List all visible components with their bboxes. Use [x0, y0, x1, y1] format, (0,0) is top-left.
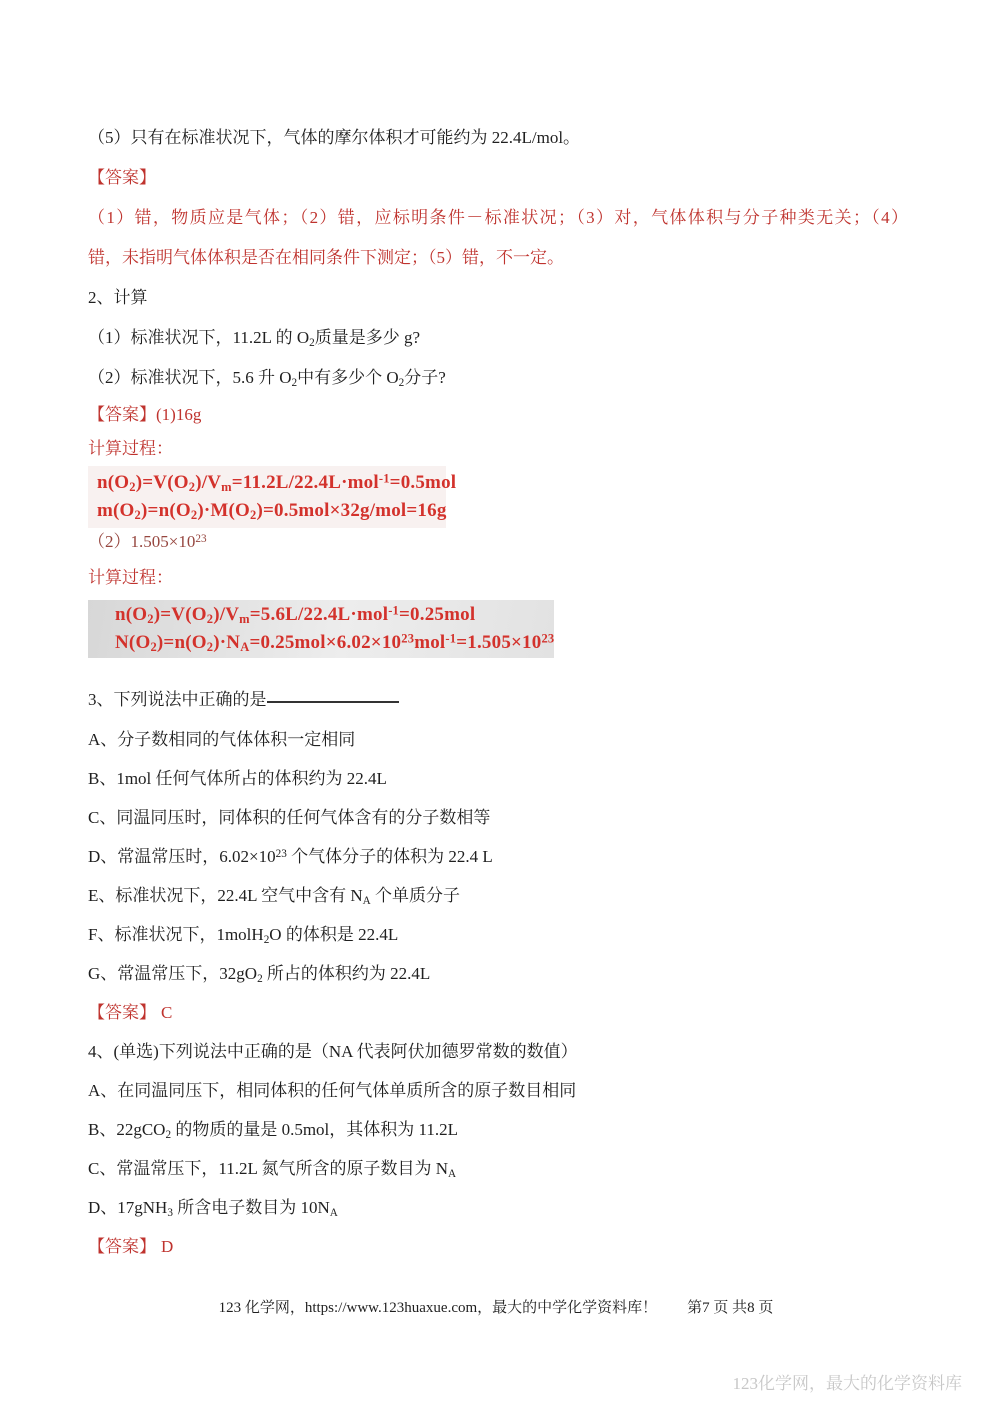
- q2-item1-text: （1）标准状况下，11.2L 的 O2质量是多少 g?: [88, 318, 908, 358]
- q1-answer-line2: 错，未指明气体体积是否在相同条件下测定；（5）错，不一定。: [88, 238, 908, 278]
- q3-answer-label: 【答案】: [88, 1003, 156, 1022]
- q3-option-g: G、常温常压下，32gO2 所占的体积约为 22.4L: [88, 954, 908, 993]
- q4-option-c: C、常温常压下，11.2L 氮气所含的原子数目为 NA: [88, 1149, 908, 1188]
- q4-option-a: A、在同温同压下，相同体积的任何气体单质所含的原子数目相同: [88, 1071, 908, 1110]
- q3-option-e: E、标准状况下，22.4L 空气中含有 NA 个单质分子: [88, 876, 908, 915]
- document-page: （5）只有在标准状况下，气体的摩尔体积才可能约为 22.4L/mol。 【答案】…: [0, 0, 992, 1403]
- q1-item5-text: （5）只有在标准状况下，气体的摩尔体积才可能约为 22.4L/mol。: [88, 118, 908, 158]
- q1-answer-line1: （1）错，物质应是气体；（2）错，应标明条件－标准状况；（3）对，气体体积与分子…: [88, 198, 908, 238]
- q2-answer-label: 【答案】: [88, 405, 156, 424]
- q4-answer-value: D: [161, 1237, 173, 1256]
- formula-m-o2: m(O2)=n(O2)·M(O2)=0.5mol×32g/mol=16g: [97, 497, 446, 525]
- page-footer: 123 化学网，https://www.123huaxue.com，最大的中学化…: [0, 1294, 992, 1322]
- q2-answer-1-value: (1)16g: [156, 405, 201, 424]
- q2-title: 2、计算: [88, 278, 908, 318]
- q2-formula-image-1: n(O2)=V(O2)/Vm=11.2L/22.4L·mol-1=0.5mol …: [88, 466, 446, 528]
- q2-answer-2-value: （2）1.505×1023: [88, 528, 908, 556]
- q2-process-label-1: 计算过程：: [88, 432, 908, 466]
- q3-answer-blank: [267, 701, 399, 703]
- q3-option-d: D、常温常压时，6.02×1023 个气体分子的体积为 22.4 L: [88, 837, 908, 876]
- q4-title: 4、(单选)下列说法中正确的是（NA 代表阿伏加德罗常数的数值）: [88, 1032, 908, 1071]
- q4-answer-label: 【答案】: [88, 1237, 156, 1256]
- formula-n-o2-2: n(O2)=V(O2)/Vm=5.6L/22.4L·mol-1=0.25mol: [115, 601, 554, 629]
- q3-stem: 3、下列说法中正确的是: [88, 680, 908, 720]
- q3-option-f: F、标准状况下，1molH2O 的体积是 22.4L: [88, 915, 908, 954]
- q4-option-d: D、17gNH3 所含电子数目为 10NA: [88, 1188, 908, 1227]
- watermark: 123化学网，最大的化学资料库: [733, 1374, 963, 1394]
- q4-option-b: B、22gCO2 的物质的量是 0.5mol，其体积为 11.2L: [88, 1110, 908, 1149]
- q1-answer-label: 【答案】: [88, 158, 908, 198]
- formula-n-o2: n(O2)=V(O2)/Vm=11.2L/22.4L·mol-1=0.5mol: [97, 469, 446, 497]
- q3-option-c: C、同温同压时，同体积的任何气体含有的分子数相等: [88, 798, 908, 837]
- q2-process-label-2: 计算过程：: [88, 556, 908, 600]
- q2-formula-image-2: n(O2)=V(O2)/Vm=5.6L/22.4L·mol-1=0.25mol …: [88, 600, 554, 658]
- q3-stem-text: 3、下列说法中正确的是: [88, 690, 267, 709]
- q2-item2-text: （2）标准状况下，5.6 升 O2中有多少个 O2分子?: [88, 358, 908, 398]
- q3-answer-value: C: [161, 1003, 172, 1022]
- q3-option-b: B、1mol 任何气体所占的体积约为 22.4L: [88, 759, 908, 798]
- q3-option-a: A、分子数相同的气体体积一定相同: [88, 720, 908, 759]
- formula-N-o2: N(O2)=n(O2)·NA=0.25mol×6.02×1023mol-1=1.…: [115, 629, 554, 657]
- document-content: （5）只有在标准状况下，气体的摩尔体积才可能约为 22.4L/mol。 【答案】…: [88, 118, 908, 1266]
